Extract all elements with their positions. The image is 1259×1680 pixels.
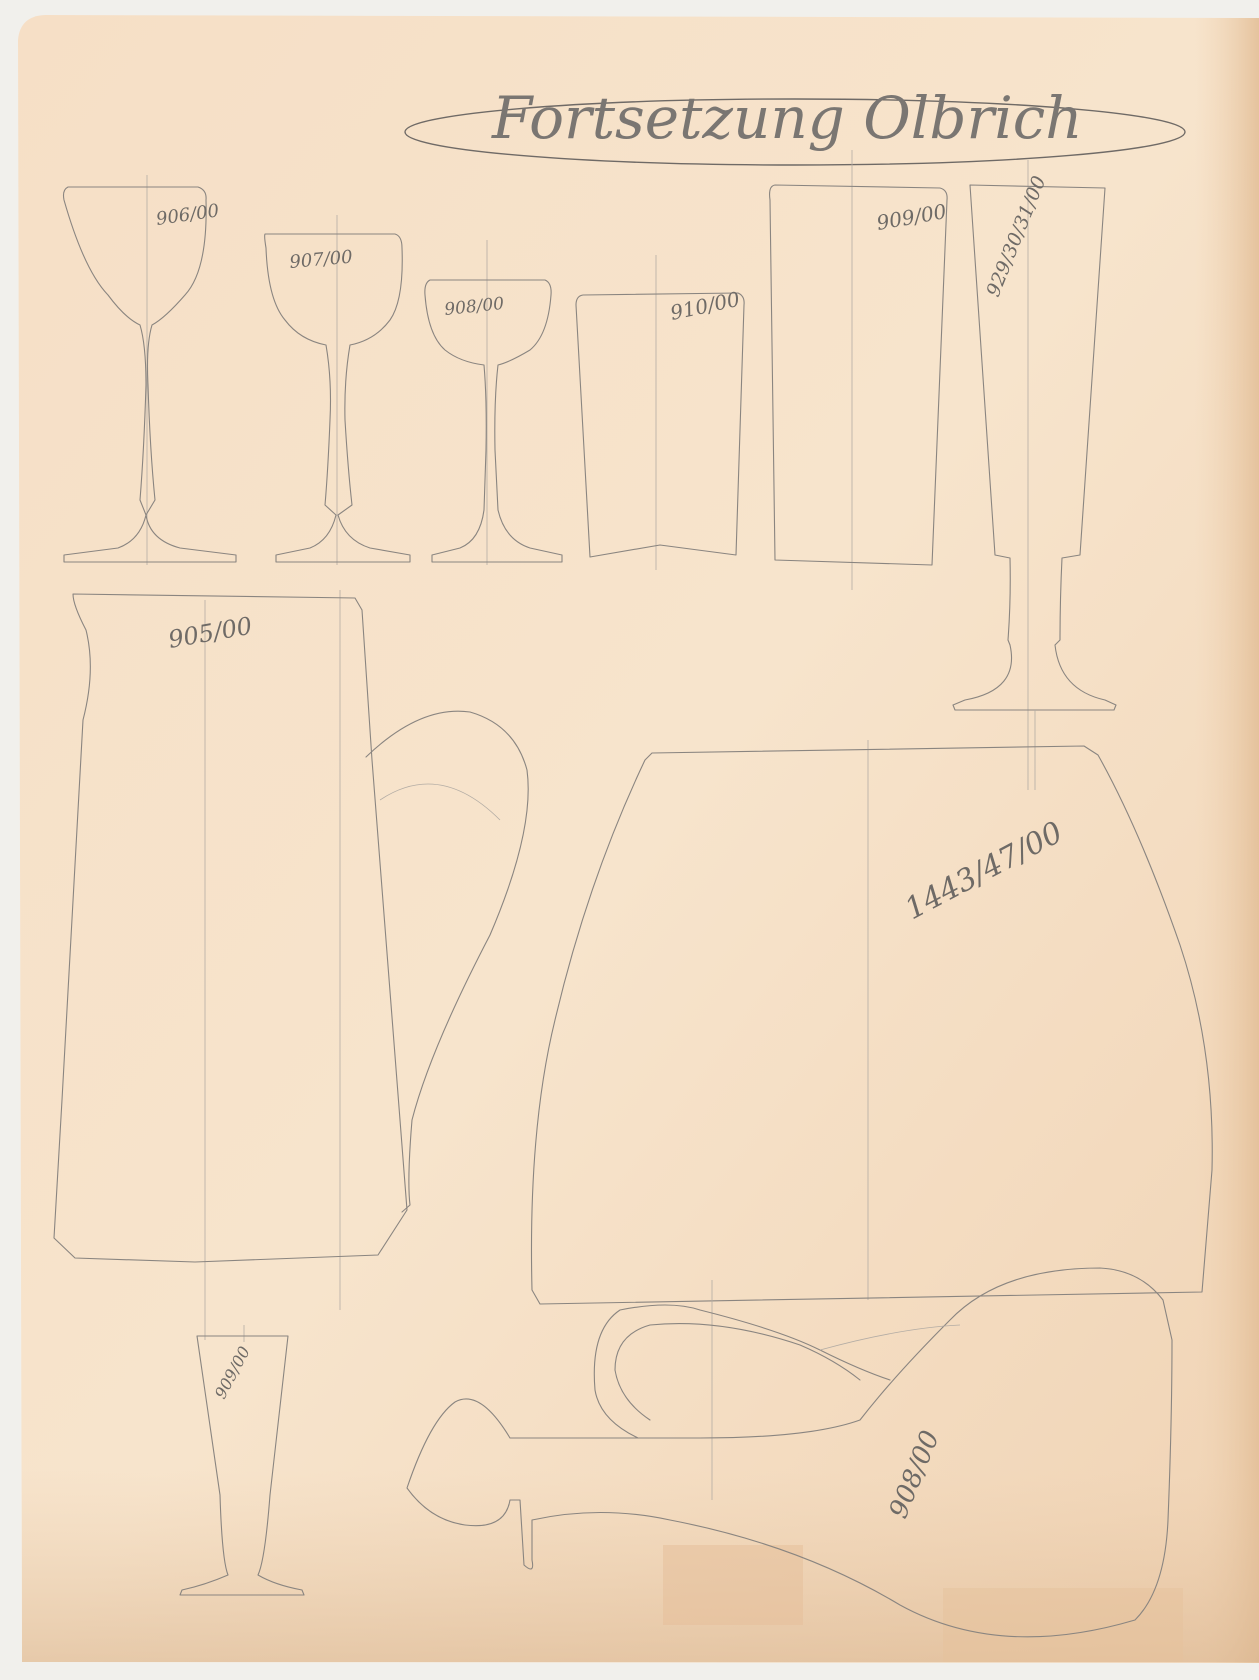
stamp-mark xyxy=(663,1545,803,1625)
stamp-mark-right xyxy=(943,1588,1183,1662)
paper xyxy=(18,15,1259,1663)
right-edge-stain xyxy=(1195,18,1259,1663)
design-sheet: Fortsetzung Olbrich 906/00 907/00 908/00… xyxy=(0,0,1259,1680)
sheet-title: Fortsetzung Olbrich xyxy=(491,84,1083,152)
